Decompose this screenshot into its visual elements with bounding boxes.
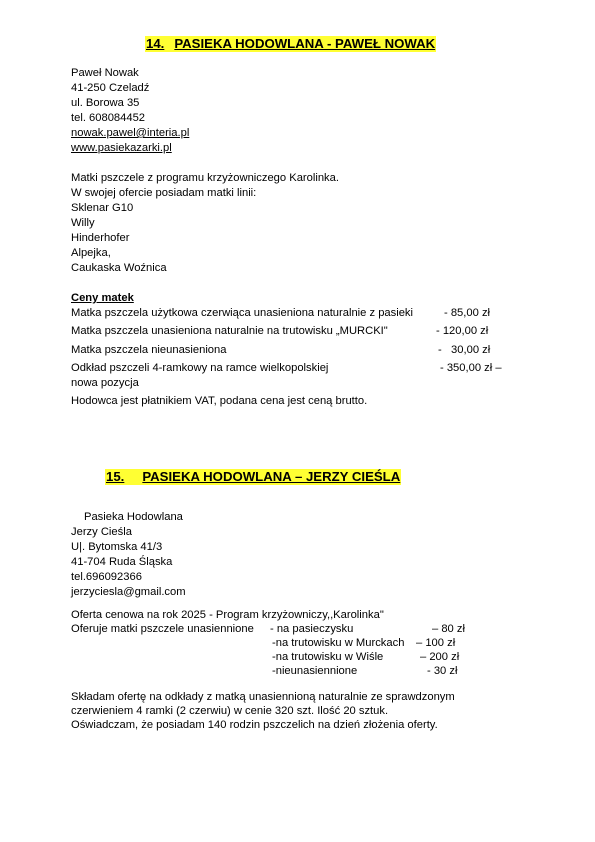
section-15-heading: 15.PASIEKA HODOWLANA – JERZY CIEŚLA (105, 469, 401, 485)
price-value: - 120,00 zł (436, 324, 488, 339)
contact-phone: tel.696092366 (71, 570, 142, 585)
intro-line: Matki pszczele z programu krzyżowniczego… (71, 171, 339, 186)
price-note: nowa pozycja (71, 376, 139, 391)
line-item: Willy (71, 216, 95, 231)
price-value: - 30,00 zł (438, 343, 490, 358)
offer-row: -na trutowisku w Wiśle – 200 zł (71, 650, 511, 665)
line-item: Sklenar G10 (71, 201, 133, 216)
offer-price: - 30 zł (427, 664, 457, 679)
offer-price: – 100 zł (416, 636, 455, 651)
contact-street: ul. Borowa 35 (71, 96, 139, 111)
offer-row: -nieunasiennione - 30 zł (71, 664, 511, 679)
price-row: Matka pszczela unasieniona naturalnie na… (71, 324, 511, 339)
offer-title: Oferta cenowa na rok 2025 - Program krzy… (71, 608, 384, 623)
contact-email: jerzyciesla@gmail.com (71, 585, 186, 600)
line-item: Alpejka, (71, 246, 111, 261)
contact-city: 41-250 Czeladź (71, 81, 149, 96)
price-row: Matka pszczela użytkowa czerwiąca unasie… (71, 306, 511, 321)
line-item: Caukaska Woźnica (71, 261, 167, 276)
contact-company: Pasieka Hodowlana (84, 510, 183, 525)
offer-row: -na trutowisku w Murckach – 100 zł (71, 636, 511, 651)
contact-phone: tel. 608084452 (71, 111, 145, 126)
price-value: - 85,00 zł (444, 306, 490, 321)
price-desc: Odkład pszczeli 4-ramkowy na ramce wielk… (71, 361, 328, 376)
prices-heading: Ceny matek (71, 291, 134, 306)
price-row: Matka pszczela nieunasieniona - 30,00 zł (71, 343, 511, 358)
price-desc: Matka pszczela nieunasieniona (71, 343, 226, 358)
price-row: Odkład pszczeli 4-ramkowy na ramce wielk… (71, 361, 511, 376)
contact-street: U|. Bytomska 41/3 (71, 540, 162, 555)
closing-line: Oświadczam, że posiadam 140 rodzin pszcz… (71, 718, 438, 733)
offer-desc: - na pasieczysku (270, 622, 353, 637)
offer-desc: -nieunasiennione (272, 664, 357, 679)
price-desc: Matka pszczela użytkowa czerwiąca unasie… (71, 306, 413, 321)
contact-name: Paweł Nowak (71, 66, 139, 81)
offer-price: – 200 zł (420, 650, 459, 665)
section-14-title: PASIEKA HODOWLANA - PAWEŁ NOWAK (174, 36, 435, 51)
section-15-title: PASIEKA HODOWLANA – JERZY CIEŚLA (142, 469, 400, 484)
website-link[interactable]: www.pasiekazarki.pl (71, 141, 172, 156)
offer-desc: -na trutowisku w Wiśle (272, 650, 383, 665)
section-15-number: 15. (106, 469, 124, 484)
vat-note: Hodowca jest płatnikiem VAT, podana cena… (71, 394, 367, 409)
price-desc: Matka pszczela unasieniona naturalnie na… (71, 324, 388, 339)
price-value: - 350,00 zł – (440, 361, 502, 376)
section-14-number: 14. (146, 36, 164, 51)
section-14-heading: 14.PASIEKA HODOWLANA - PAWEŁ NOWAK (145, 36, 436, 52)
line-item: Hinderhofer (71, 231, 129, 246)
contact-name: Jerzy Cieśla (71, 525, 132, 540)
email-link[interactable]: nowak.pawel@interia.pl (71, 126, 189, 141)
offer-row: - na pasieczysku – 80 zł (71, 622, 511, 637)
offer-desc: -na trutowisku w Murckach (272, 636, 404, 651)
intro-line: W swojej ofercie posiadam matki linii: (71, 186, 256, 201)
contact-city: 41-704 Ruda Śląska (71, 555, 172, 570)
offer-price: – 80 zł (432, 622, 465, 637)
closing-line: czerwieniem 4 ramki (2 czerwiu) w cenie … (71, 704, 388, 719)
closing-line: Składam ofertę na odkłady z matką unasie… (71, 690, 455, 705)
